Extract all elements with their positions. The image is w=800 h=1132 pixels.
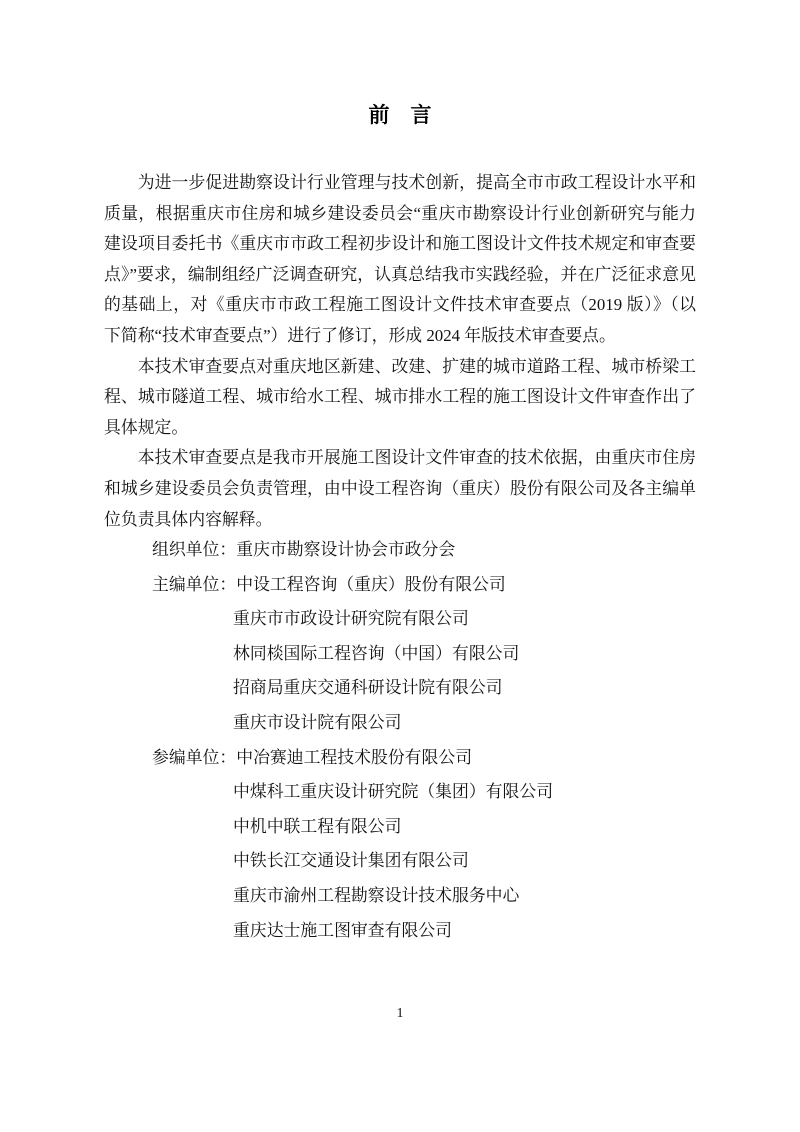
chief-editor-name: 重庆市设计院有限公司 bbox=[104, 706, 696, 741]
participating-editor-name: 中机中联工程有限公司 bbox=[104, 810, 696, 845]
chief-editor-name: 林同棪国际工程咨询（中国）有限公司 bbox=[104, 637, 696, 672]
page-title: 前 言 bbox=[0, 104, 800, 126]
organizer-line: 组织单位：重庆市勘察设计协会市政分会 bbox=[104, 533, 696, 568]
participating-editor-name: 中煤科工重庆设计研究院（集团）有限公司 bbox=[104, 775, 696, 810]
participating-editor-label: 参编单位： bbox=[152, 748, 236, 767]
body-text: 为进一步促进勘察设计行业管理与技术创新，提高全市市政工程设计水平和质量，根据重庆… bbox=[104, 168, 696, 535]
chief-editor-name: 中设工程咨询（重庆）股份有限公司 bbox=[236, 575, 506, 594]
organizer-label: 组织单位： bbox=[152, 540, 236, 559]
paragraph-intro: 为进一步促进勘察设计行业管理与技术创新，提高全市市政工程设计水平和质量，根据重庆… bbox=[104, 168, 696, 352]
chief-editor-label: 主编单位： bbox=[152, 575, 236, 594]
participating-editor-line: 参编单位：中冶赛迪工程技术股份有限公司 bbox=[104, 741, 696, 776]
chief-editor-name: 招商局重庆交通科研设计院有限公司 bbox=[104, 671, 696, 706]
organizer-name: 重庆市勘察设计协会市政分会 bbox=[236, 540, 455, 559]
page-number: 1 bbox=[0, 1006, 800, 1022]
participating-editor-name: 重庆市渝州工程勘察设计技术服务中心 bbox=[104, 879, 696, 914]
participating-editor-name: 重庆达士施工图审查有限公司 bbox=[104, 914, 696, 949]
paragraph-management: 本技术审查要点是我市开展施工图设计文件审查的技术依据，由重庆市住房和城乡建设委员… bbox=[104, 443, 696, 535]
participating-editor-name: 中冶赛迪工程技术股份有限公司 bbox=[236, 748, 472, 767]
unit-list: 组织单位：重庆市勘察设计协会市政分会 主编单位：中设工程咨询（重庆）股份有限公司… bbox=[104, 533, 696, 948]
chief-editor-line: 主编单位：中设工程咨询（重庆）股份有限公司 bbox=[104, 568, 696, 603]
document-page: 前 言 为进一步促进勘察设计行业管理与技术创新，提高全市市政工程设计水平和质量，… bbox=[0, 0, 800, 1132]
chief-editor-name: 重庆市市政设计研究院有限公司 bbox=[104, 602, 696, 637]
paragraph-scope: 本技术审查要点对重庆地区新建、改建、扩建的城市道路工程、城市桥梁工程、城市隧道工… bbox=[104, 352, 696, 444]
participating-editor-name: 中铁长江交通设计集团有限公司 bbox=[104, 844, 696, 879]
